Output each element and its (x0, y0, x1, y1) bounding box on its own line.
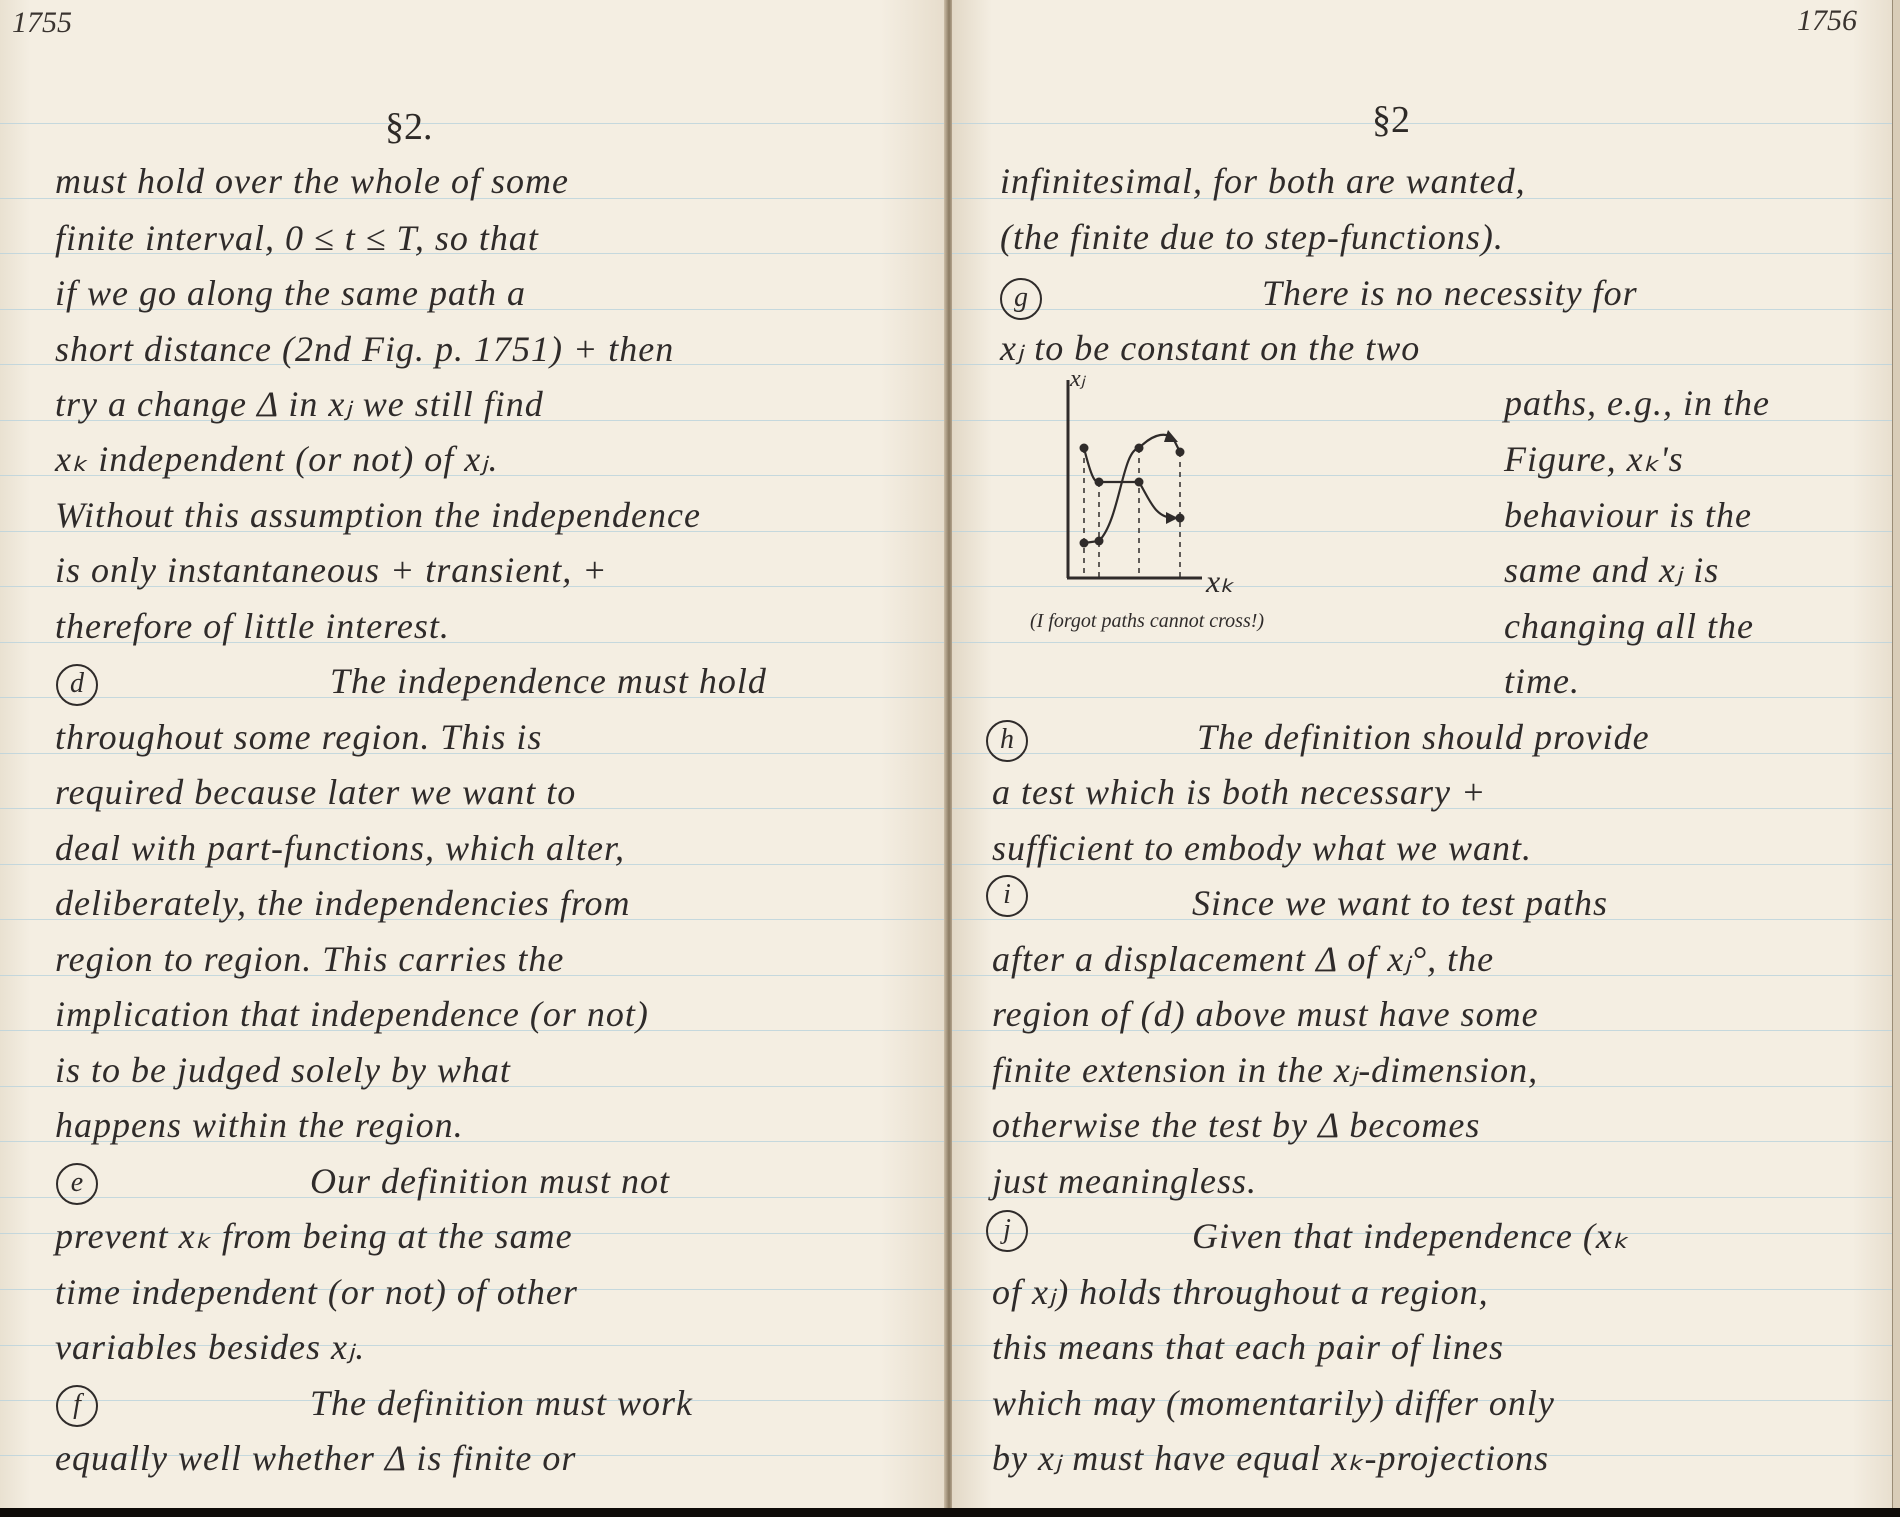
text-line: happens within the region. (55, 1104, 464, 1146)
text-line: which may (momentarily) differ only (992, 1382, 1555, 1424)
text-line: deliberately, the independencies from (55, 882, 631, 924)
item-marker-j: j (986, 1210, 1028, 1252)
text-line: therefore of little interest. (55, 605, 450, 647)
right-page: 1756 §2 infinitesimal, for both are want… (952, 0, 1892, 1508)
text-line: throughout some region. This is (55, 716, 542, 758)
text-line: time. (1504, 660, 1580, 702)
text-line: behaviour is the (1504, 494, 1752, 536)
text-line: sufficient to embody what we want. (992, 827, 1532, 869)
item-marker-h: h (986, 720, 1028, 762)
paths-plot (1050, 370, 1230, 600)
section-heading: §2. (385, 105, 433, 149)
text-line: region of (d) above must have some (992, 993, 1539, 1035)
ruled-line (952, 697, 1892, 698)
text-line: There is no necessity for (1262, 272, 1638, 314)
bottom-shadow (0, 1508, 1900, 1517)
text-line: deal with part-functions, which alter, (55, 827, 625, 869)
text-line: Since we want to test paths (1192, 882, 1608, 924)
text-line: by xⱼ must have equal xₖ-projections (992, 1437, 1549, 1479)
text-line: variables besides xⱼ. (55, 1326, 365, 1368)
text-line: The definition should provide (1197, 716, 1650, 758)
text-line: otherwise the test by Δ becomes (992, 1104, 1480, 1146)
ruled-line (952, 123, 1892, 124)
text-line: same and xⱼ is (1504, 549, 1719, 591)
item-marker-g: g (1000, 278, 1042, 320)
left-page: 1755 §2. must hold over the whole of som… (0, 0, 948, 1508)
item-marker-d: d (56, 664, 98, 706)
x-axis-label: xₖ (1206, 562, 1234, 600)
text-line: (the finite due to step-functions). (1000, 216, 1504, 258)
text-line: The definition must work (310, 1382, 693, 1424)
text-line: xₖ independent (or not) of xⱼ. (55, 438, 499, 480)
text-line: region to region. This carries the (55, 938, 564, 980)
item-marker-i: i (986, 875, 1028, 917)
text-line: required because later we want to (55, 771, 576, 813)
text-line: implication that independence (or not) (55, 993, 649, 1035)
item-marker-f: f (56, 1385, 98, 1427)
text-line: changing all the (1504, 605, 1754, 647)
page-edge (1892, 0, 1900, 1508)
page-number: 1755 (12, 6, 72, 40)
text-line: equally well whether Δ is finite or (55, 1437, 576, 1479)
text-line: this means that each pair of lines (992, 1326, 1504, 1368)
text-line: paths, e.g., in the (1504, 382, 1770, 424)
text-line: finite extension in the xⱼ-dimension, (992, 1049, 1538, 1091)
text-line: short distance (2nd Fig. p. 1751) + then (55, 328, 674, 370)
text-line: infinitesimal, for both are wanted, (1000, 160, 1526, 202)
text-line: of xⱼ) holds throughout a region, (992, 1271, 1489, 1313)
text-line: Our definition must not (310, 1160, 670, 1202)
path-figure: xⱼ xₖ (1050, 370, 1230, 600)
text-line: prevent xₖ from being at the same (55, 1215, 573, 1257)
text-line: must hold over the whole of some (55, 160, 569, 202)
text-line: xⱼ to be constant on the two (1000, 327, 1420, 369)
text-line: is only instantaneous + transient, + (55, 549, 608, 591)
text-line: a test which is both necessary + (992, 771, 1486, 813)
text-line: is to be judged solely by what (55, 1049, 511, 1091)
text-line: time independent (or not) of other (55, 1271, 578, 1313)
ruled-line (0, 123, 948, 124)
page-number: 1756 (1797, 4, 1857, 38)
text-line: Figure, xₖ's (1504, 438, 1684, 480)
figure-caption: (I forgot paths cannot cross!) (1030, 610, 1264, 633)
text-line: try a change Δ in xⱼ we still find (55, 383, 544, 425)
item-marker-e: e (56, 1163, 98, 1205)
text-line: after a displacement Δ of xⱼ°, the (992, 938, 1494, 980)
text-line: just meaningless. (992, 1160, 1257, 1202)
text-line: Without this assumption the independence (55, 494, 701, 536)
section-heading: §2 (1372, 98, 1410, 142)
y-axis-label: xⱼ (1070, 364, 1085, 393)
text-line: if we go along the same path a (55, 272, 526, 314)
text-line: Given that independence (xₖ (1192, 1215, 1629, 1257)
text-line: The independence must hold (330, 660, 767, 702)
text-line: finite interval, 0 ≤ t ≤ T, so that (55, 217, 539, 259)
